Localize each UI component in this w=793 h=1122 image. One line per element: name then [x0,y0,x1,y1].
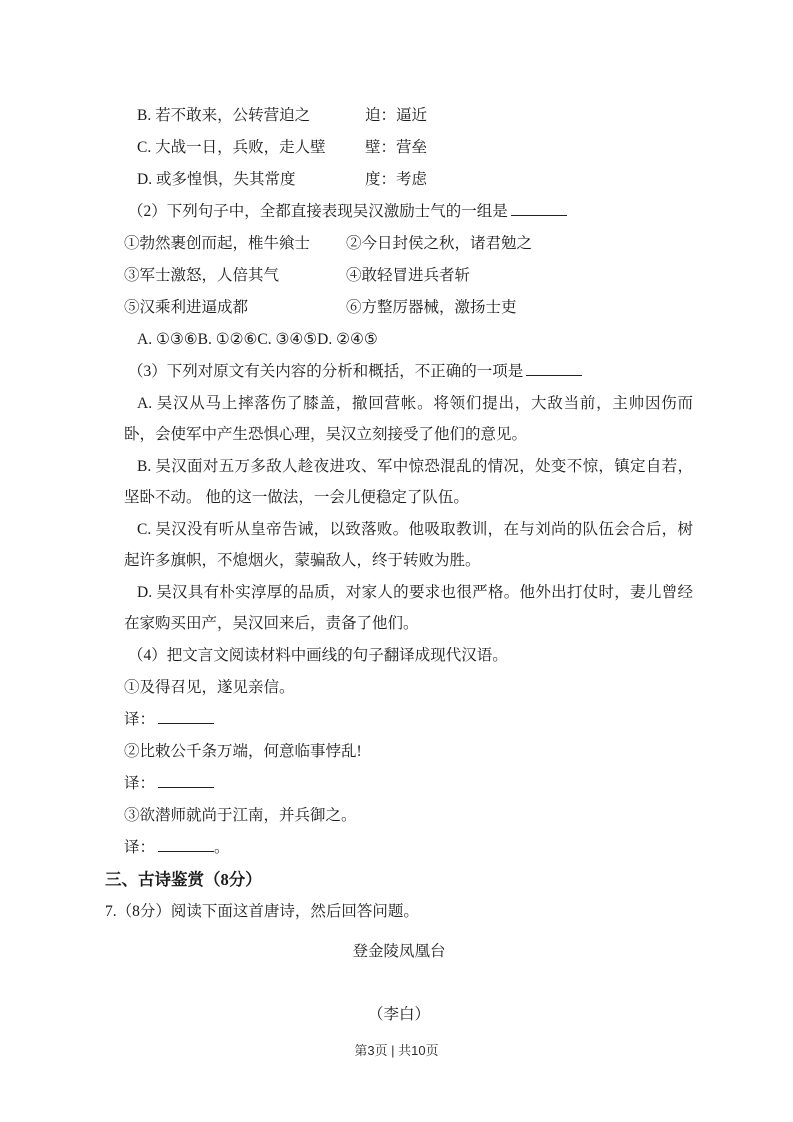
question-4-stem: （4）把文言文阅读材料中画线的句子翻译成现代汉语。 [128,640,693,672]
question-2-stem: （2）下列句子中，全都直接表现吴汉激励士气的一组是 [128,196,693,228]
question-2-choices: A. ①③⑥B. ①②⑥C. ③④⑤D. ②④⑤ [137,324,693,356]
translation-line-2: 译： [124,768,693,800]
sentence-4: ④敢轻冒进兵者斩 [346,260,470,292]
page-content: B. 若不敢来，公转营迫之 迫：逼近 C. 大战一日，兵败，走人壁 壁：营垒 D… [105,100,693,1031]
translation-blank [158,709,214,724]
translation-blank [158,773,214,788]
analysis-option-d: D. 吴汉具有朴实淳厚的品质，对家人的要求也很严格。他外出打仗时，妻儿曾经在家购… [124,577,693,639]
question-7-stem: 7.（8分）阅读下面这首唐诗，然后回答问题。 [105,896,693,928]
translation-label: 译： [124,839,155,856]
poem-title: 登金陵凤凰台 [105,936,693,968]
gloss-option-d-gloss: 度：考虑 [365,164,427,196]
sentence-6: ⑥方整厉器械，激扬士吏 [346,292,517,324]
answer-blank [526,361,582,376]
gloss-option-b-phrase: B. 若不敢来，公转营迫之 [137,100,365,132]
analysis-option-b: B. 吴汉面对五万多敌人趁夜进攻、军中惊恐混乱的情况，处变不惊，镇定自若，坚卧不… [124,451,693,513]
exam-document-page: B. 若不敢来，公转营迫之 迫：逼近 C. 大战一日，兵败，走人壁 壁：营垒 D… [0,0,793,1122]
translation-line-1: 译： [124,704,693,736]
sentence-pair-2: ③军士激怒，人倍其气 ④敢轻冒进兵者斩 [124,260,693,292]
gloss-option-b-gloss: 迫：逼近 [365,100,427,132]
sentence-5: ⑤汉乘利进逼成都 [124,292,346,324]
translation-sentence-3: ③欲潜师就尚于江南，并兵御之。 [124,800,693,832]
translation-line-3: 译：。 [124,832,693,864]
sentence-2: ②今日封侯之秋，诸君勉之 [346,228,532,260]
gloss-option-c-gloss: 壁：营垒 [365,132,427,164]
analysis-option-a: A. 吴汉从马上摔落伤了膝盖，撤回营帐。将领们提出，大敌当前，主帅因伤而卧，会使… [124,388,693,450]
translation-sentence-1: ①及得召见，遂见亲信。 [124,672,693,704]
sentence-1: ①勃然裹创而起，椎牛飨士 [124,228,346,260]
gloss-option-d: D. 或多惶惧，失其常度 度：考虑 [137,164,693,196]
gloss-option-c: C. 大战一日，兵败，走人壁 壁：营垒 [137,132,693,164]
translation-sentence-2: ②比敕公千条万端，何意临事悖乱! [124,736,693,768]
poem-author: （李白） [105,999,693,1031]
gloss-option-c-phrase: C. 大战一日，兵败，走人壁 [137,132,365,164]
translation-suffix: 。 [214,839,230,856]
sentence-pair-3: ⑤汉乘利进逼成都 ⑥方整厉器械，激扬士吏 [124,292,693,324]
analysis-option-c: C. 吴汉没有听从皇帝告诫，以致落败。他吸取教训，在与刘尚的队伍会合后，树起许多… [124,514,693,576]
section-heading: 三、古诗鉴赏（8分） [105,864,693,896]
gloss-option-b: B. 若不敢来，公转营迫之 迫：逼近 [137,100,693,132]
translation-blank [158,837,214,852]
translation-label: 译： [124,775,155,792]
question-3-stem-text: （3）下列对原文有关内容的分析和概括，不正确的一项是 [128,363,523,380]
sentence-3: ③军士激怒，人倍其气 [124,260,346,292]
sentence-pair-1: ①勃然裹创而起，椎牛飨士 ②今日封侯之秋，诸君勉之 [124,228,693,260]
answer-blank [511,201,567,216]
question-3-stem: （3）下列对原文有关内容的分析和概括，不正确的一项是 [128,356,693,388]
translation-label: 译： [124,711,155,728]
page-footer: 第3页 | 共10页 [0,1040,793,1059]
gloss-option-d-phrase: D. 或多惶惧，失其常度 [137,164,365,196]
question-2-stem-text: （2）下列句子中，全都直接表现吴汉激励士气的一组是 [128,203,508,220]
